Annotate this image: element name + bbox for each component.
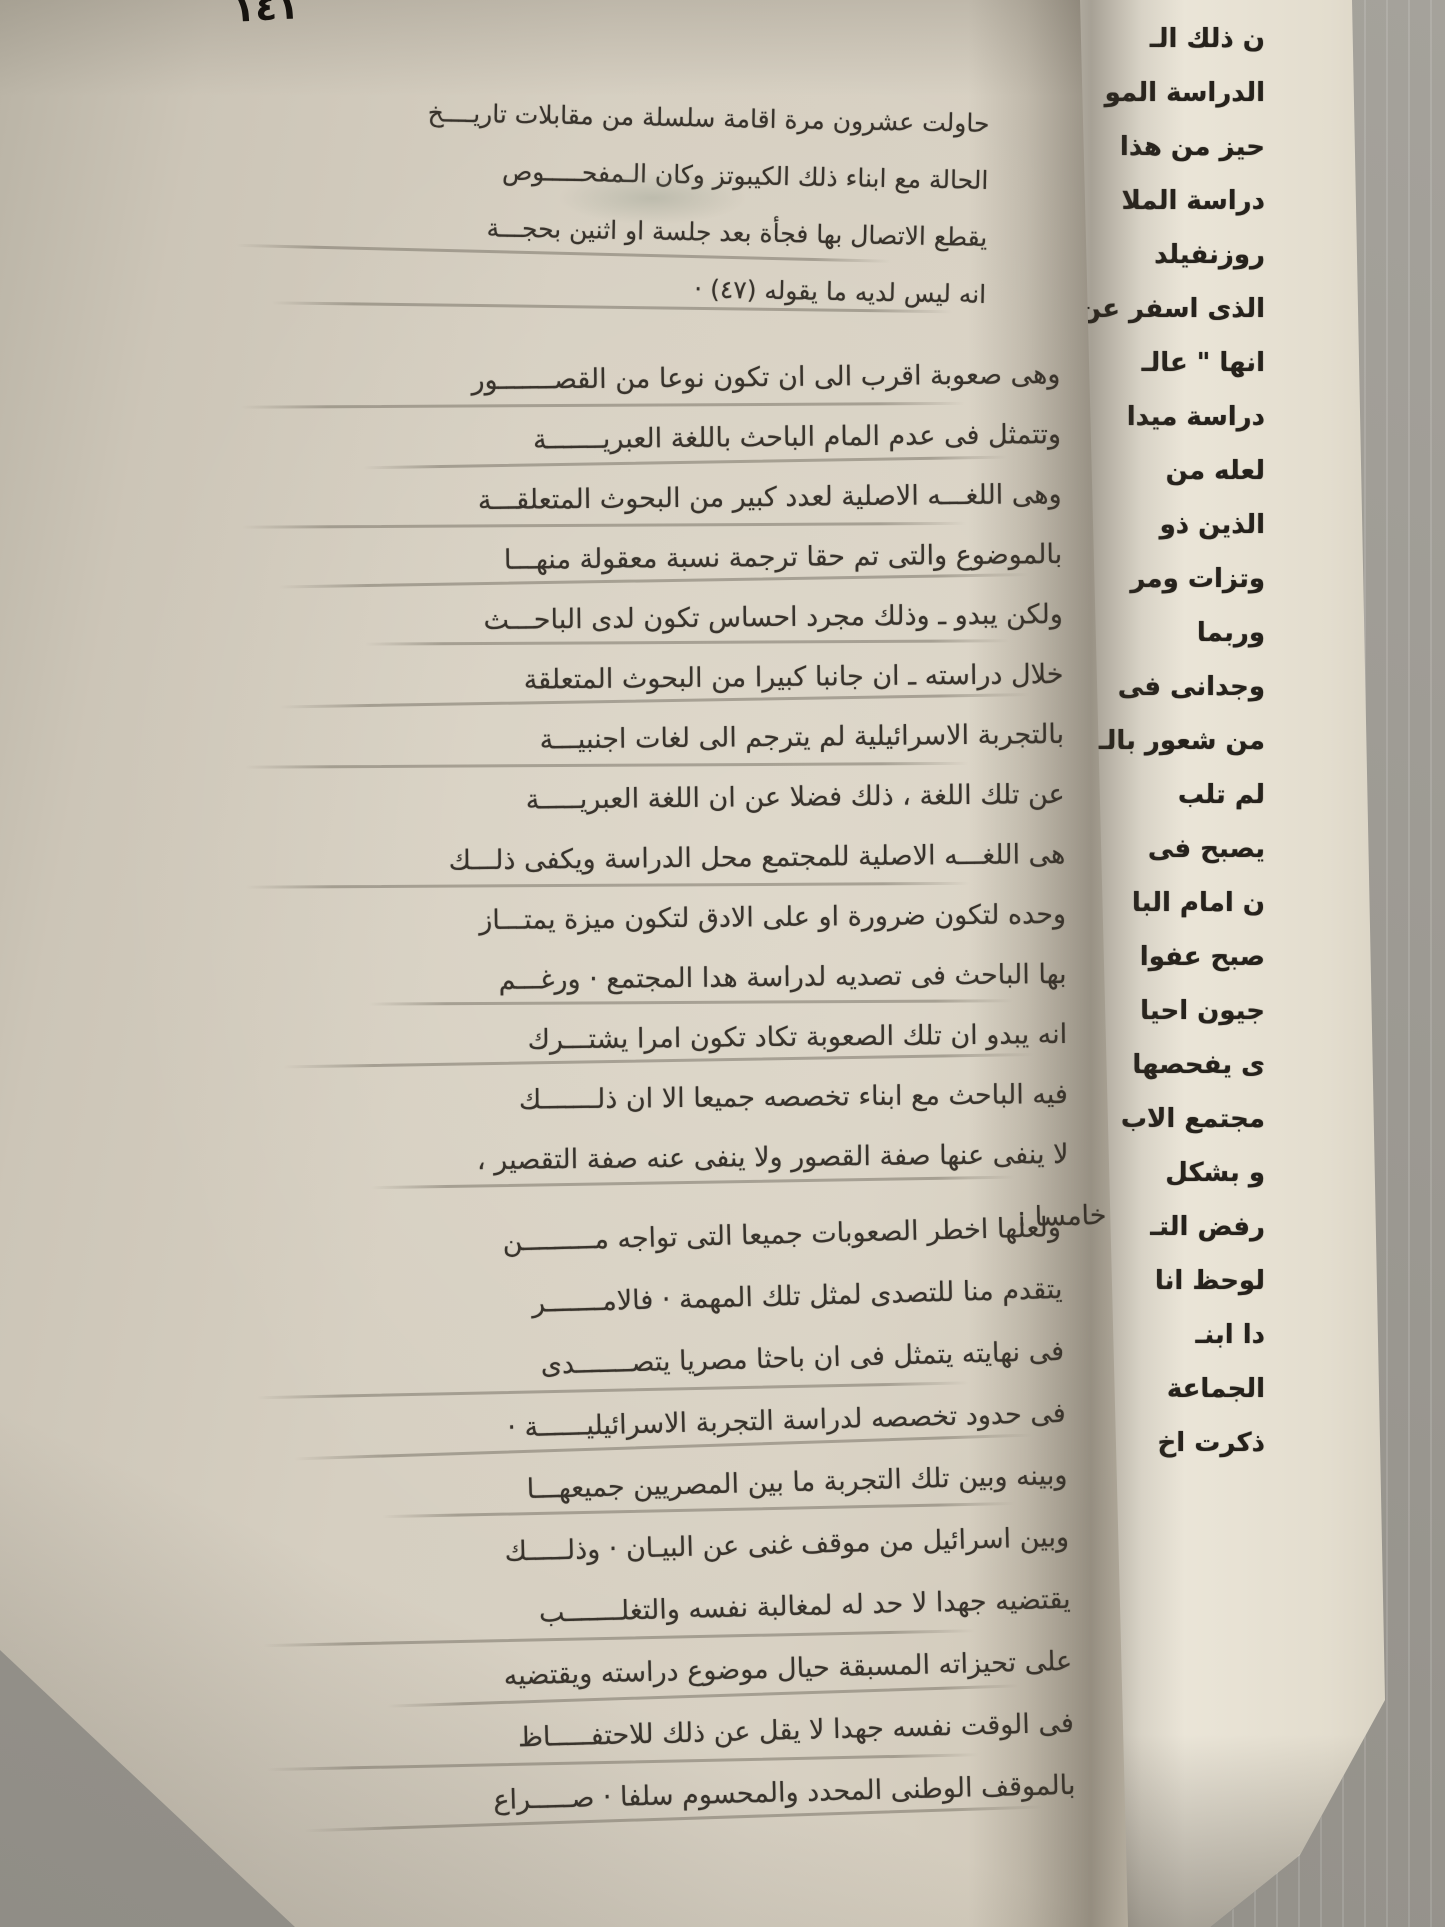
- facing-page-text-fragments: ن ذلك الـ الدراسة المو حيز من هذا دراسة …: [1085, 12, 1265, 1470]
- facing-page-text-fragment: الذى اسفر عن: [1085, 282, 1265, 336]
- text-line: وتتمثل فى عدم المام الباحث باللغة العبري…: [213, 405, 1062, 474]
- pencil-smudge: [560, 172, 745, 224]
- text-line: فيه الباحث مع ابناء تخصصه جميعا الا ان ذ…: [220, 1065, 1069, 1134]
- facing-page-text-fragment: دراسة ميدا: [1085, 390, 1265, 444]
- section-fifth-lines: ولعلها اخطر الصعوبات جميعا التى تواجه مـ…: [212, 1197, 1076, 1839]
- section-fourth-lines: وهى صعوبة اقرب الى ان تكون نوعا من القصـ…: [212, 345, 1069, 1194]
- section-fifth: خامسا : ولعلها اخطر الصعوبات جميعا التى …: [212, 1197, 1076, 1839]
- facing-page-text-fragment: و بشكل: [1085, 1146, 1265, 1200]
- text-line: لا ينفى عنها صفة القصور ولا ينفى عنه صفة…: [220, 1125, 1069, 1194]
- facing-page-text-fragment: رفض التـ: [1085, 1200, 1265, 1254]
- facing-page-text-fragment: جيون احيا: [1085, 984, 1265, 1038]
- text-line: انه يبدو ان تلك الصعوبة تكاد تكون امرا ي…: [219, 1005, 1068, 1074]
- facing-page-text-fragment: لم تلب: [1085, 768, 1265, 822]
- facing-page-text-fragment: انها " عالـ: [1085, 336, 1265, 390]
- facing-page-text-fragment: ن امام البا: [1085, 876, 1265, 930]
- facing-page-text-fragment: حيز من هذا: [1085, 120, 1265, 174]
- facing-page-text-fragment: الذين ذو: [1085, 498, 1265, 552]
- facing-page-text-fragment: صبح عفوا: [1085, 930, 1265, 984]
- text-line: بالموضوع والتى تم حقا ترجمة نسبة معقولة …: [214, 525, 1063, 594]
- facing-page-text-fragment: وجدانى فى: [1085, 660, 1265, 714]
- text-line: وحده لتكون ضرورة او على الادق لتكون ميزة…: [218, 885, 1067, 954]
- text-line: بالتجربة الاسرائيلية لم يترجم الى لغات ا…: [216, 705, 1065, 774]
- facing-page-text-fragment: لعله من: [1085, 444, 1265, 498]
- text-line: وهى اللغـــه الاصلية لعدد كبير من البحوث…: [213, 465, 1062, 534]
- book-photo: ١٤١ حاولت عشرون مرة اقامة سلسلة من مقابل…: [0, 0, 1445, 1927]
- facing-page-text-fragment: وتزات ومر: [1085, 552, 1265, 606]
- facing-page-text-fragment: ى يفحصها: [1085, 1038, 1265, 1092]
- text-line: ولكن يبدو ـ وذلك مجرد احساس تكون لدى الب…: [215, 585, 1064, 654]
- text-line: خلال دراسته ـ ان جانبا كبيرا من البحوث ا…: [215, 645, 1064, 714]
- text-line: وهى صعوبة اقرب الى ان تكون نوعا من القصـ…: [212, 345, 1061, 414]
- facing-page-text-fragment: روزنفيلد: [1085, 228, 1265, 282]
- facing-page-text-fragment: دراسة الملا: [1085, 174, 1265, 228]
- facing-page-text-fragment: يصبح فى: [1085, 822, 1265, 876]
- facing-page-text-fragment: وربما: [1085, 606, 1265, 660]
- section-fourth: رابعا : وهى صعوبة اقرب الى ان تكون نوعا …: [212, 345, 1069, 1194]
- text-line: بها الباحث فى تصديه لدراسة هدا المجتمع ·…: [218, 945, 1067, 1014]
- facing-page-text-fragment: من شعور بالـ: [1085, 714, 1265, 768]
- facing-page-text-fragment: ن ذلك الـ: [1085, 12, 1265, 66]
- page-text-block: حاولت عشرون مرة اقامة سلسلة من مقابلات ت…: [212, 0, 1060, 1817]
- facing-page-text-fragment: مجتمع الاب: [1085, 1092, 1265, 1146]
- text-line: هى اللغـــه الاصلية للمجتمع محل الدراسة …: [217, 825, 1066, 894]
- facing-page-text-fragment: الدراسة المو: [1085, 66, 1265, 120]
- text-line: عن تلك اللغة ، ذلك فضلا عن ان اللغة العب…: [216, 765, 1065, 834]
